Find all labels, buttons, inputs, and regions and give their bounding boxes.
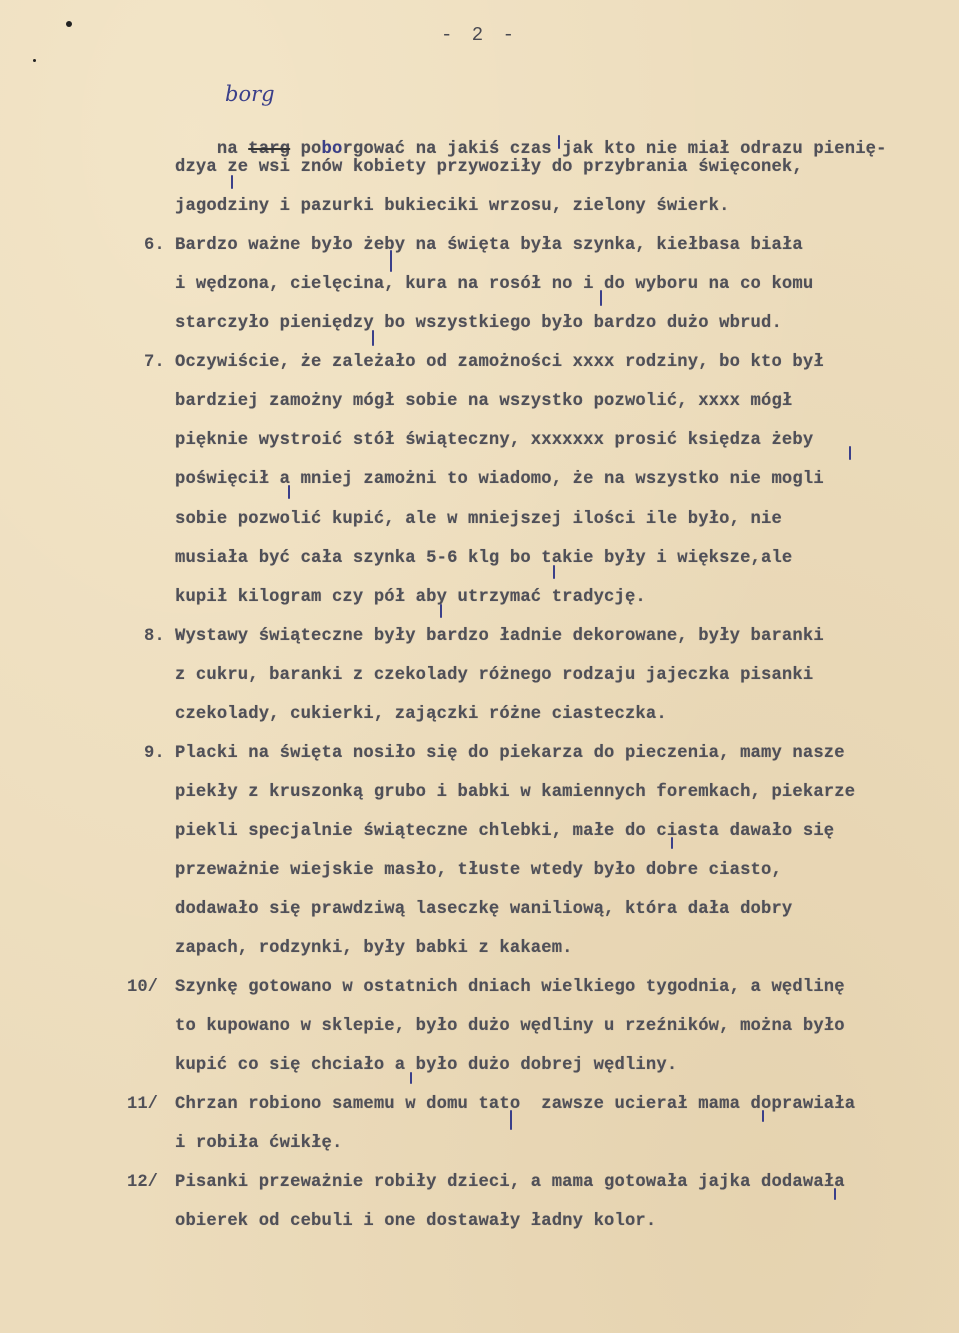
- item-number: 11/: [127, 1094, 158, 1116]
- text-line: dzya ze wsi znów kobiety przywoziły do p…: [175, 157, 803, 179]
- text-line: sobie pozwolić kupić, ale w mniejszej il…: [175, 509, 782, 531]
- comma-insertion-mark: [288, 485, 290, 499]
- text-line: bardziej zamożny mógł sobie na wszystko …: [175, 391, 792, 413]
- item-number: 10/: [127, 977, 158, 999]
- text-line: obierek od cebuli i one dostawały ładny …: [175, 1211, 656, 1233]
- item-number: 6.: [144, 235, 165, 257]
- comma-insertion-mark: [440, 604, 442, 618]
- comma-insertion-mark: [671, 837, 673, 849]
- text-line: czekolady, cukierki, zajączki różne cias…: [175, 704, 667, 726]
- comma-insertion-mark: [762, 1110, 764, 1122]
- text-line: Wystawy świąteczne były bardzo ładnie de…: [175, 626, 824, 648]
- comma-insertion-mark: [600, 290, 602, 306]
- document-page: - 2 - borg na targ poborgować na jakiś c…: [0, 0, 959, 1333]
- text-line: piekły z kruszonką grubo i babki w kamie…: [175, 782, 855, 804]
- text-line: to kupowano w sklepie, było dużo wędliny…: [175, 1016, 845, 1038]
- comma-insertion-mark: [231, 175, 233, 189]
- text-line: z cukru, baranki z czekolady różnego rod…: [175, 665, 813, 687]
- comma-insertion-mark: [553, 565, 555, 579]
- text-line: piekli specjalnie świąteczne chlebki, ma…: [175, 821, 834, 843]
- comma-insertion-mark: [372, 330, 374, 346]
- item-number: 7.: [144, 352, 165, 374]
- text-line: Placki na święta nosiło się do piekarza …: [175, 743, 845, 765]
- text-line: musiała być cała szynka 5-6 klg bo takie…: [175, 548, 792, 570]
- text-line: i wędzona, cielęcina, kura na rosół no i…: [175, 274, 813, 296]
- text-line: Oczywiście, że zależało od zamożności xx…: [175, 352, 824, 374]
- text-line: zapach, rodzynki, były babki z kakaem.: [175, 938, 573, 960]
- text-line: dodawało się prawdziwą laseczkę waniliow…: [175, 899, 792, 921]
- text-line: Pisanki przeważnie robiły dzieci, a mama…: [175, 1172, 845, 1194]
- comma-insertion-mark: [390, 250, 392, 272]
- text-line: Chrzan robiono samemu w domu tato zawsze…: [175, 1094, 855, 1116]
- comma-insertion-mark: [410, 1072, 412, 1084]
- text-line: poświęcił a mniej zamożni to wiadomo, że…: [175, 469, 824, 491]
- item-number: 12/: [127, 1172, 158, 1194]
- item-number: 8.: [144, 626, 165, 648]
- text-line: kupić co się chciało a było dużo dobrej …: [175, 1055, 677, 1077]
- item-number: 9.: [144, 743, 165, 765]
- text-line: Szynkę gotowano w ostatnich dniach wielk…: [175, 977, 845, 999]
- text-line: Bardzo ważne było żeby na święta była sz…: [175, 235, 803, 257]
- page-number: - 2 -: [0, 24, 959, 46]
- ink-speck: [33, 59, 36, 62]
- comma-insertion-mark: [558, 135, 560, 149]
- comma-insertion-mark: [849, 446, 851, 460]
- text-line: kupił kilogram czy pół aby utrzymać trad…: [175, 587, 646, 609]
- text-line: starczyło pieniędzy bo wszystkiego było …: [175, 313, 782, 335]
- comma-insertion-mark: [834, 1188, 836, 1200]
- comma-insertion-mark: [510, 1110, 512, 1130]
- text-line: przeważnie wiejskie masło, tłuste wtedy …: [175, 860, 782, 882]
- text-line: pięknie wystroić stół świąteczny, xxxxxx…: [175, 430, 813, 452]
- handwritten-correction: borg: [225, 82, 275, 106]
- text-line: i robiła ćwikłę.: [175, 1133, 342, 1155]
- text-line: jagodziny i pazurki bukieciki wrzosu, zi…: [175, 196, 730, 218]
